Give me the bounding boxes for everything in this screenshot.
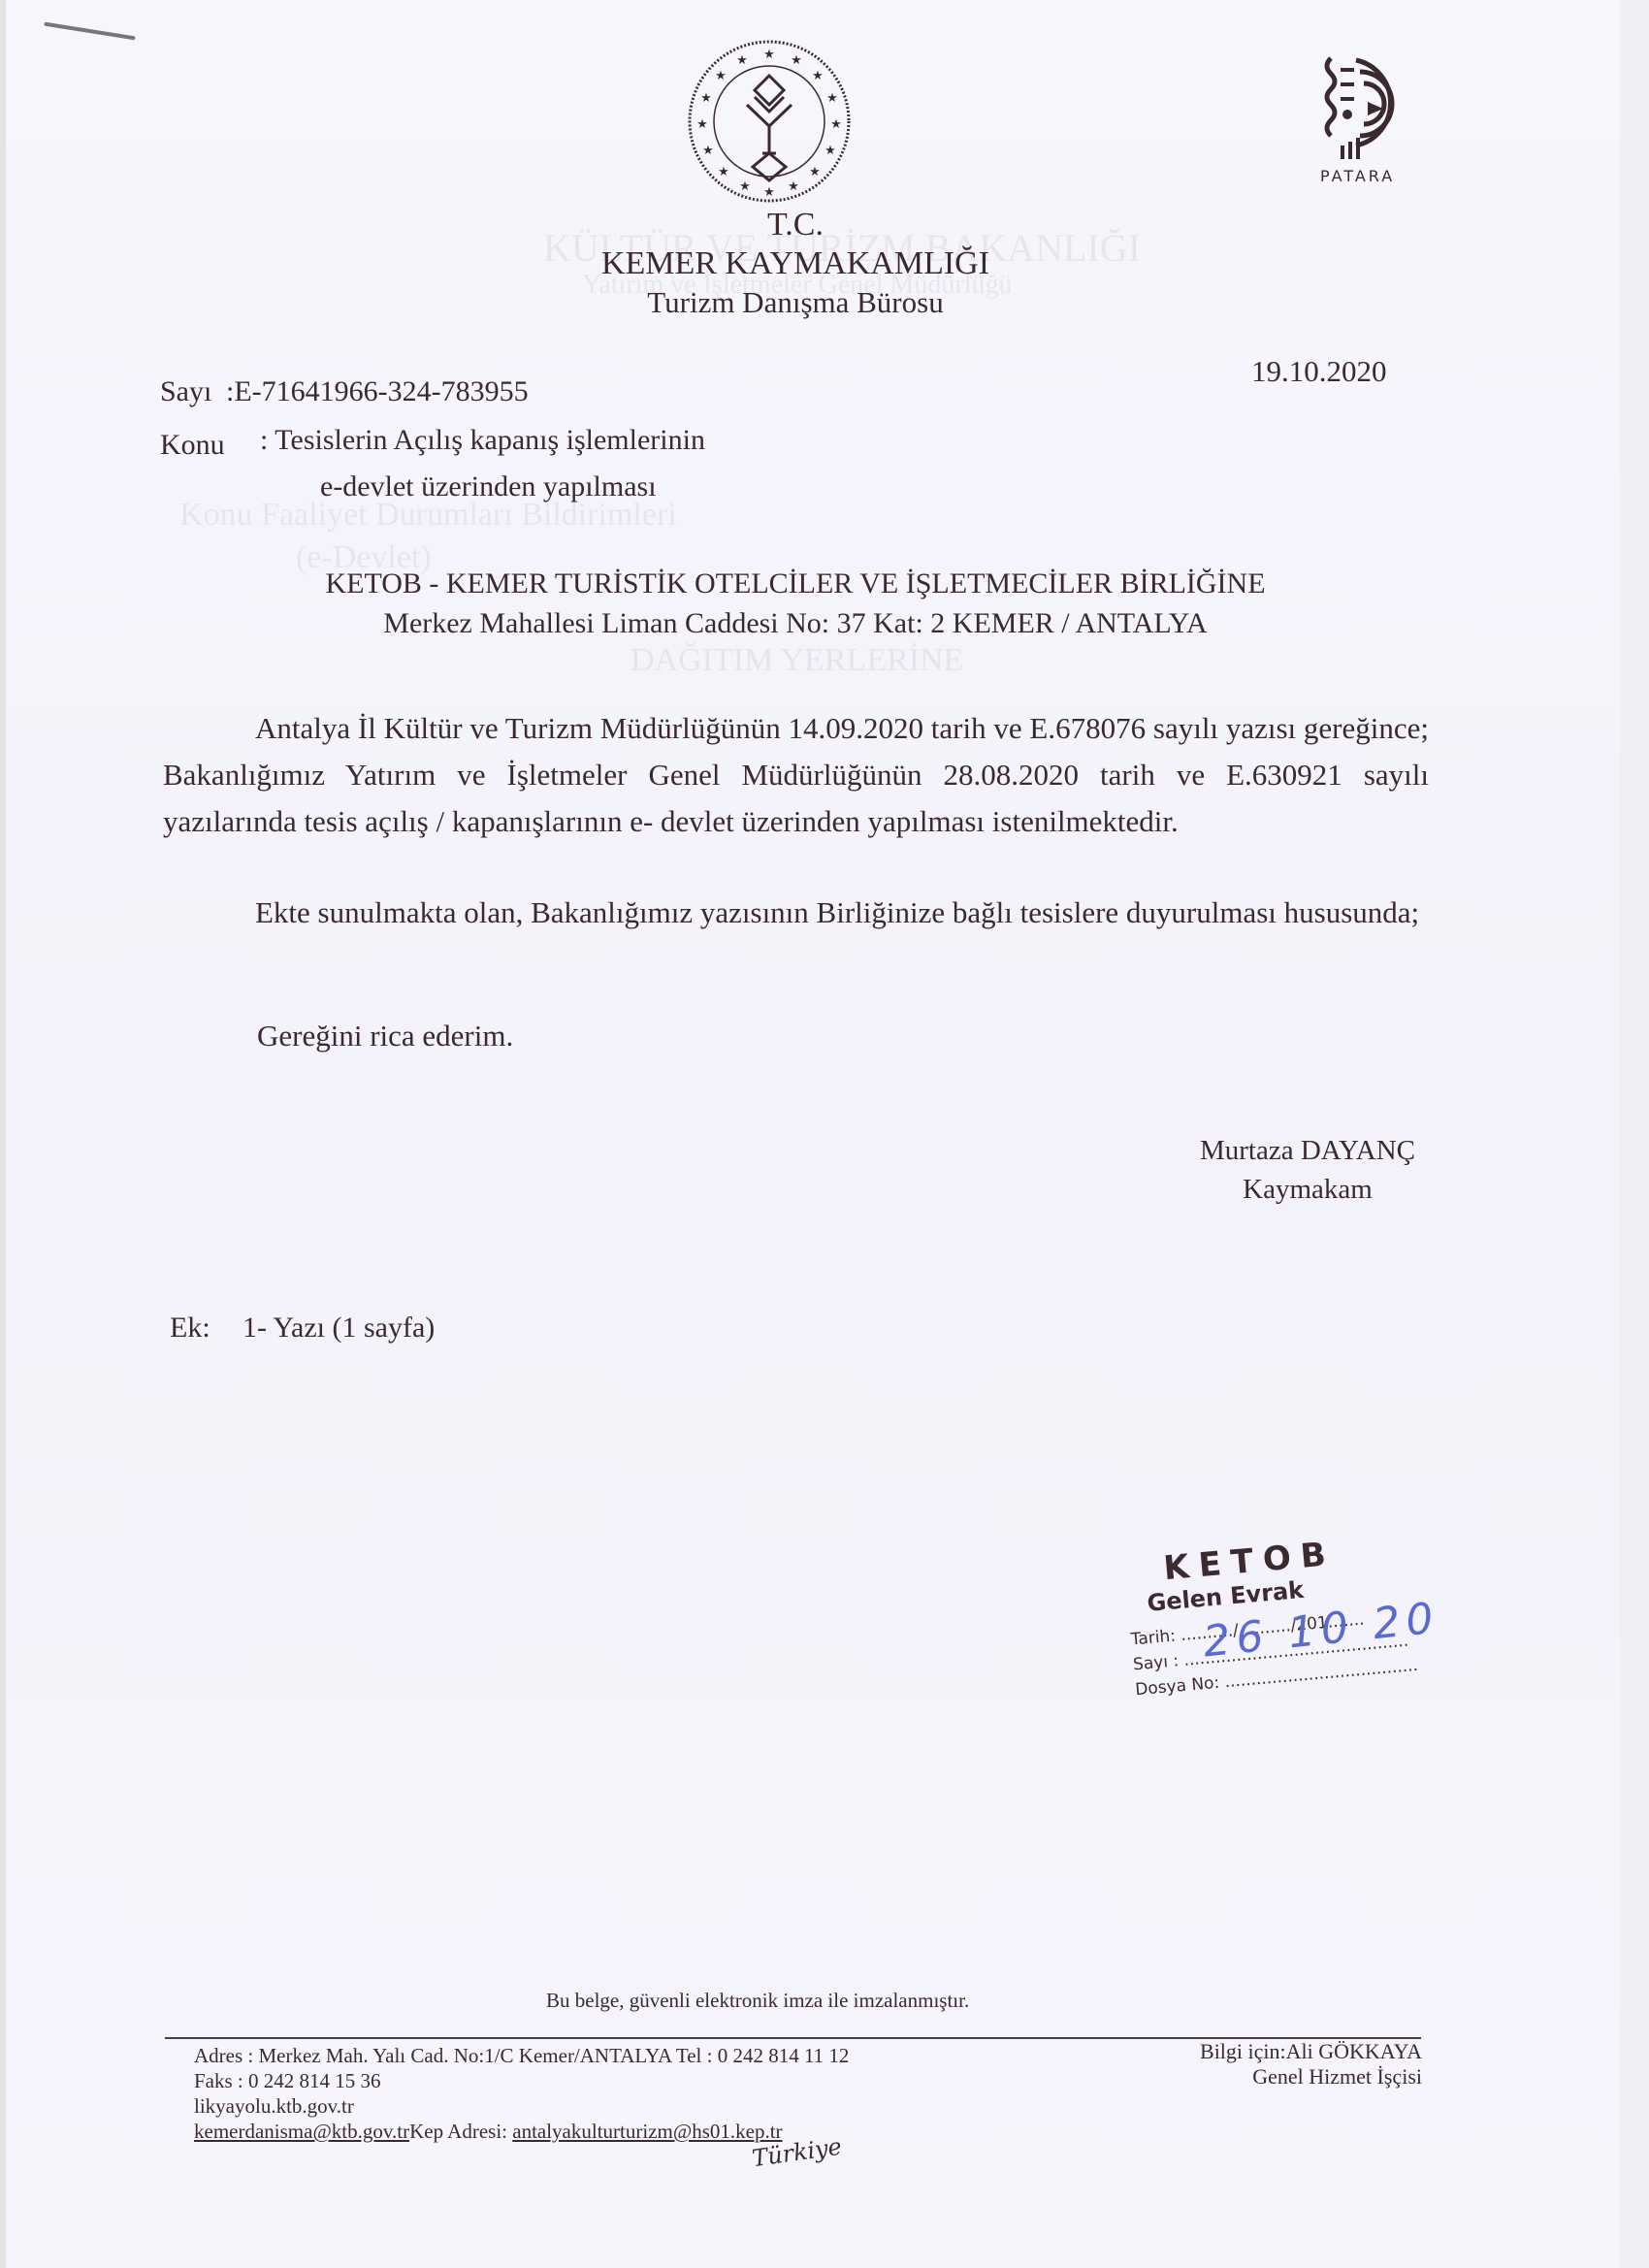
- body-paragraph: Ekte sunulmakta olan, Bakanlığımız yazıs…: [163, 890, 1429, 936]
- svg-text:★: ★: [739, 179, 751, 194]
- svg-text:★: ★: [763, 185, 775, 200]
- patara-logo-icon: [1319, 39, 1426, 184]
- signatory-name: Murtaza DAYANÇ: [1162, 1135, 1453, 1167]
- footer-website[interactable]: likyayolu.ktb.gov.tr: [194, 2094, 354, 2119]
- svg-text:★: ★: [736, 53, 748, 68]
- svg-text:★: ★: [826, 91, 838, 106]
- ministry-emblem-icon: ★★★ ★★★ ★★★ ★★★ ★★★ ★: [687, 39, 852, 204]
- svg-text:★: ★: [812, 69, 824, 83]
- info-contact-title: Genel Hizmet İşçisi: [1154, 2064, 1422, 2089]
- konu-value-cont: e-devlet üzerinden yapılması: [320, 470, 657, 503]
- addressee-name: KETOB - KEMER TURİSTİK OTELCİLER VE İŞLE…: [0, 567, 1591, 600]
- letterhead-department: Turizm Danışma Bürosu: [0, 283, 1591, 322]
- konu-label: Konu: [160, 429, 225, 462]
- kep-address-link[interactable]: antalyakulturturizm@hs01.kep.tr: [512, 2120, 782, 2143]
- kep-label: Kep Adresi:: [409, 2120, 512, 2143]
- patara-logo-label: PATARA: [1320, 167, 1395, 185]
- document-page: KÜLTÜR VE TURİZM BAKANLIĞI Yatırım ve İş…: [0, 0, 1649, 2268]
- svg-text:★: ★: [809, 165, 821, 179]
- svg-text:★: ★: [763, 48, 775, 62]
- sayi-value: :E-71641966-324-783955: [226, 375, 529, 408]
- svg-text:★: ★: [696, 117, 708, 132]
- signatory-title: Kaymakam: [1162, 1174, 1453, 1206]
- svg-text:★: ★: [788, 179, 799, 194]
- svg-text:★: ★: [702, 144, 714, 158]
- svg-text:★: ★: [700, 91, 712, 106]
- svg-text:★: ★: [824, 144, 836, 158]
- document-date: 19.10.2020: [1251, 354, 1387, 389]
- bleed-through-text: DAĞITIM YERLERİNE: [630, 642, 963, 679]
- info-contact: Bilgi için:Ali GÖKKAYA: [1154, 2039, 1422, 2063]
- scan-edge-right: [1620, 0, 1649, 2268]
- footer-address: Adres : Merkez Mah. Yalı Cad. No:1/C Kem…: [194, 2044, 849, 2068]
- konu-value: : Tesislerin Açılış kapanış işlemlerinin: [260, 424, 705, 457]
- sayi-label: Sayı: [160, 375, 211, 408]
- letterhead-tc: T.C.: [0, 206, 1591, 244]
- footer-fax: Faks : 0 242 814 15 36: [194, 2069, 381, 2093]
- letterhead-institution: KEMER KAYMAKAMLIĞI: [0, 244, 1591, 283]
- svg-text:★: ★: [830, 117, 842, 132]
- closing-line: Gereğini rica ederim.: [257, 1019, 513, 1053]
- body-paragraph: Antalya İl Kültür ve Turizm Müdürlüğünün…: [163, 705, 1429, 845]
- svg-text:★: ★: [718, 165, 729, 179]
- footer-email-link[interactable]: kemerdanisma@ktb.gov.tr: [194, 2120, 409, 2143]
- attachment-item: 1- Yazı (1 sayfa): [242, 1312, 435, 1345]
- svg-text:★: ★: [715, 69, 727, 83]
- esign-note: Bu belge, güvenli elektronik imza ile im…: [546, 1989, 969, 2013]
- attachment-label: Ek:: [170, 1312, 210, 1345]
- addressee-address: Merkez Mahallesi Liman Caddesi No: 37 Ka…: [0, 607, 1591, 640]
- footer-contact-line: kemerdanisma@ktb.gov.trKep Adresi: antal…: [194, 2120, 783, 2144]
- svg-text:★: ★: [791, 53, 802, 68]
- scan-edge-left: [0, 0, 6, 2268]
- scan-mark: [44, 22, 135, 41]
- body-paragraph-1: Antalya İl Kültür ve Turizm Müdürlüğünün…: [163, 705, 1429, 845]
- body-paragraph-2: Ekte sunulmakta olan, Bakanlığımız yazıs…: [163, 890, 1429, 936]
